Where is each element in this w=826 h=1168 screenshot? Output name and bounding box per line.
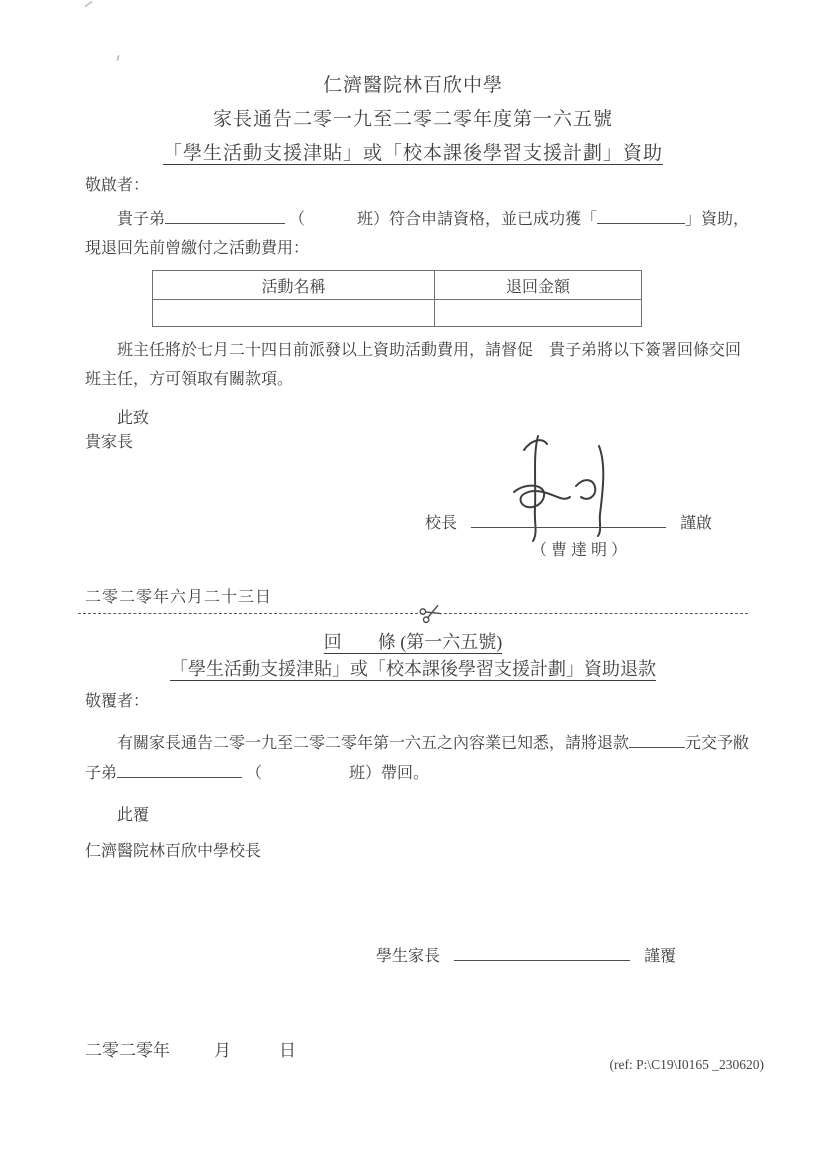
- para1-mid: 班）符合申請資格，並已成功獲「: [357, 211, 597, 228]
- spacer: [457, 527, 471, 528]
- scissors-icon: [417, 601, 444, 626]
- principal-name: （ 曹 達 明 ）: [498, 537, 660, 560]
- class-blank: [305, 223, 357, 224]
- reply-closing-phrase: 此覆: [117, 802, 149, 825]
- col-refund-amount: 退回金額: [435, 271, 642, 300]
- refund-table: 活動名稱 退回金額: [152, 270, 642, 327]
- activity-name-cell: [153, 300, 435, 327]
- parent-signature-line: [454, 941, 630, 961]
- reply-slip-title: 回 條 (第一六五號): [0, 628, 826, 654]
- addressee: 貴家長: [85, 429, 133, 452]
- refund-amount-blank: [629, 731, 685, 748]
- reply-addressee: 仁濟醫院林百欣中學校長: [85, 838, 261, 861]
- scanned-notice-page: 仁濟醫院林百欣中學 家長通告二零一九至二零二零年度第一六五號 「學生活動支援津貼…: [0, 0, 826, 1168]
- parent-sign-row: 學生家長謹覆: [376, 941, 676, 966]
- reply-open-paren: （: [246, 765, 262, 782]
- file-reference: (ref: P:\C19\I0165 _230620): [610, 1057, 765, 1073]
- para1-open-paren: （: [289, 211, 305, 228]
- table-row: [153, 300, 642, 327]
- reply-date-year: 二零二零年: [85, 1041, 170, 1060]
- reply-para-part5: 班）帶回。: [349, 765, 429, 782]
- salutation: 敬啟者：: [85, 172, 149, 195]
- subsidy-name-blank: [597, 207, 685, 224]
- reply-student-name-blank: [117, 761, 242, 778]
- student-name-blank: [165, 207, 285, 224]
- closing-phrase: 此致: [117, 405, 149, 428]
- refund-amount-cell: [435, 300, 642, 327]
- scan-artifact: [116, 55, 119, 61]
- reply-class-blank: [262, 777, 349, 778]
- dashed-line: [444, 613, 748, 614]
- spacer: [630, 960, 644, 961]
- parent-label: 學生家長: [376, 948, 440, 965]
- reply-salutation: 敬覆者：: [85, 688, 149, 711]
- para1-lead: 貴子弟: [117, 211, 165, 228]
- parent-sign-off: 謹覆: [644, 948, 676, 965]
- dashed-line: [78, 613, 418, 614]
- spacer: [666, 527, 680, 528]
- cut-line: [78, 604, 748, 622]
- intro-paragraph: 貴子弟 （班）符合申請資格，並已成功獲「」資助，現退回先前曾繳付之活動費用：: [85, 205, 753, 263]
- scan-artifact: [84, 1, 93, 8]
- col-activity-name: 活動名稱: [153, 271, 435, 300]
- reply-para-part2: 元交予: [685, 735, 733, 752]
- reply-date-row: 二零二零年月日: [85, 1036, 296, 1061]
- principal-sign-off: 謹啟: [680, 515, 712, 532]
- reply-paragraph: 有關家長通告二零一九至二零二零年第一六五之內容業已知悉，請將退款元交予敝子弟 （…: [85, 729, 753, 789]
- reply-date-day: 日: [279, 1041, 296, 1060]
- day-blank-gap: [231, 1055, 279, 1056]
- reply-date-month: 月: [214, 1041, 231, 1060]
- notice-subject: 「學生活動支援津貼」或「校本課後學習支援計劃」資助: [0, 138, 826, 165]
- table-header-row: 活動名稱 退回金額: [153, 271, 642, 300]
- principal-label: 校長: [425, 515, 457, 532]
- school-name: 仁濟醫院林百欣中學: [0, 70, 826, 97]
- month-blank-gap: [170, 1055, 214, 1056]
- reply-slip-subtitle: 「學生活動支援津貼」或「校本課後學習支援計劃」資助退款: [0, 655, 826, 681]
- instruction-paragraph: 班主任將於七月二十四日前派發以上資助活動費用，請督促 貴子弟將以下簽署回條交回班…: [85, 336, 753, 394]
- principal-sign-row: 校長謹啟: [425, 506, 712, 533]
- reply-para-part1: 有關家長通告二零一九至二零二零年第一六五之內容業已知悉，請將退款: [117, 735, 629, 752]
- principal-signature-line: [471, 506, 666, 528]
- notice-number-line: 家長通告二零一九至二零二零年度第一六五號: [0, 104, 826, 131]
- spacer: [440, 960, 454, 961]
